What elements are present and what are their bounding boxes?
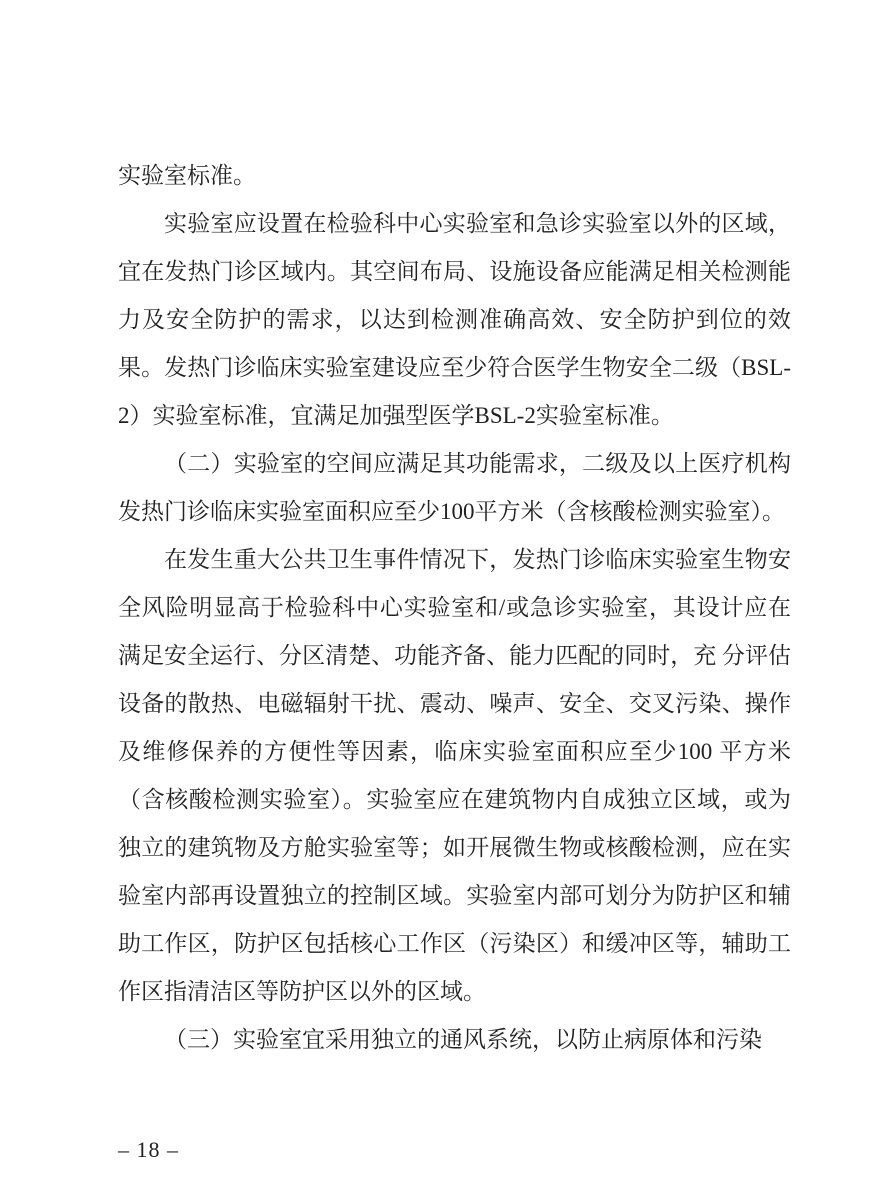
- document-page: 实验室标准。实验室应设置在检验科中心实验室和急诊实验室以外的区域，宜在发热门诊区…: [0, 0, 891, 1200]
- paragraph: （三）实验室宜采用独立的通风系统，以防止病原体和污染: [118, 1016, 791, 1064]
- paragraph: 实验室标准。: [118, 152, 791, 200]
- paragraph: 在发生重大公共卫生事件情况下，发热门诊临床实验室生物安全风险明显高于检验科中心实…: [118, 536, 791, 1016]
- page-number: – 18 –: [118, 1135, 179, 1165]
- paragraph: （二）实验室的空间应满足其功能需求，二级及以上医疗机构发热门诊临床实验室面积应至…: [118, 440, 791, 536]
- paragraph: 实验室应设置在检验科中心实验室和急诊实验室以外的区域，宜在发热门诊区域内。其空间…: [118, 200, 791, 440]
- document-body: 实验室标准。实验室应设置在检验科中心实验室和急诊实验室以外的区域，宜在发热门诊区…: [118, 152, 791, 1064]
